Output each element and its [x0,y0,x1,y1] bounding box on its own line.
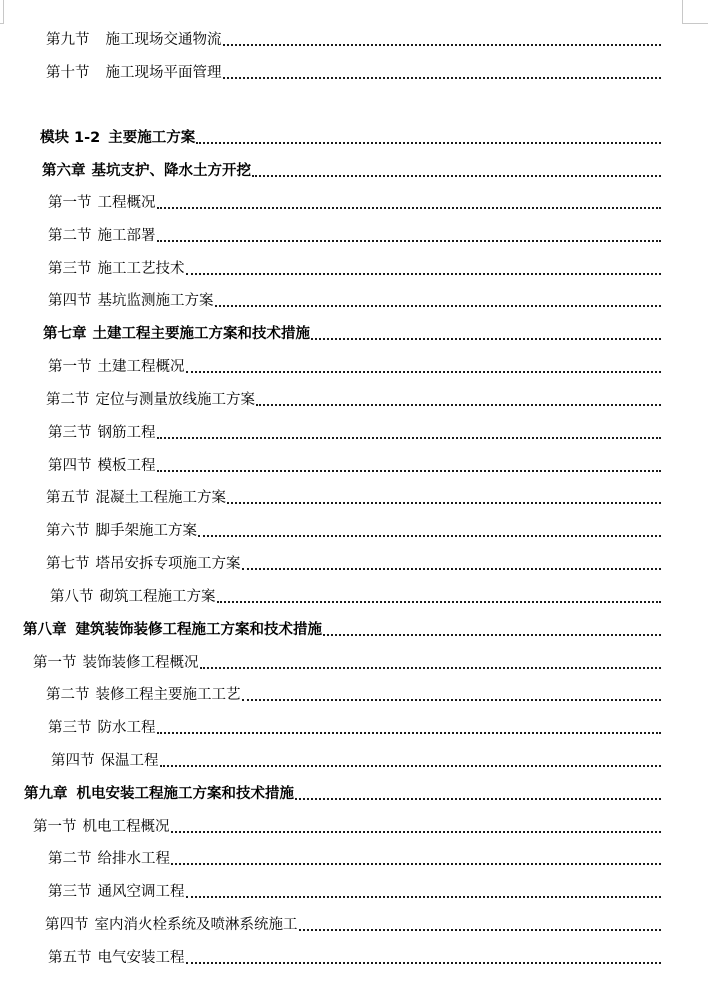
toc-entry-title: 机电工程概况 [83,817,170,837]
toc-entry-title: 定位与测量放线施工方案 [96,390,256,410]
toc-entry-number: 第八章 [23,620,67,640]
toc-entry-chapter[interactable]: 第八章建筑装饰装修工程施工方案和技术措施 [23,620,661,640]
toc-entry-number: 第二节 [48,849,92,869]
toc-entry-title: 电气安装工程 [98,948,185,968]
dot-leader [252,175,661,177]
dot-leader [196,142,661,144]
toc-entry-number: 第三节 [48,423,92,443]
toc-entry-title: 装饰装修工程概况 [83,653,199,673]
toc-entry-title: 基坑支护、降水土方开挖 [92,161,252,181]
toc-entry-number: 第三节 [48,882,92,902]
toc-entry-number: 第七节 [46,554,90,574]
toc-entry-section[interactable]: 第四节室内消火栓系统及喷淋系统施工 [45,915,661,935]
dot-leader [198,535,661,537]
toc-entry-number: 第六章 [42,161,86,181]
toc-entry-title: 基坑监测施工方案 [98,291,214,311]
toc-entry-number: 第一节 [48,357,92,377]
toc-entry-section[interactable]: 第五节电气安装工程 [48,948,661,968]
toc-entry-section[interactable]: 第四节模板工程 [48,456,661,476]
toc-entry-number: 第二节 [46,390,90,410]
dot-leader [223,44,662,46]
dot-leader [157,470,662,472]
toc-entry-section[interactable]: 第三节防水工程 [48,718,661,738]
toc-entry-section[interactable]: 第五节混凝土工程施工方案 [46,488,661,508]
toc-entry-section[interactable]: 第一节装饰装修工程概况 [33,653,661,673]
toc-entry-title: 砌筑工程施工方案 [100,587,216,607]
toc-entry-number: 第六节 [46,521,90,541]
toc-entry-title: 室内消火栓系统及喷淋系统施工 [95,915,298,935]
toc-entry-number: 第五节 [48,948,92,968]
dot-leader [200,667,662,669]
toc-entry-title: 塔吊安拆专项施工方案 [96,554,241,574]
dot-leader [171,831,662,833]
toc-entry-section[interactable]: 第三节施工工艺技术 [48,259,661,279]
toc-entry-number: 第二节 [46,685,90,705]
toc-entry-title: 土建工程概况 [98,357,185,377]
toc-entry-title: 脚手架施工方案 [96,521,198,541]
toc-entry-title: 土建工程主要施工方案和技术措施 [93,324,311,344]
toc-entry-number: 第五节 [46,488,90,508]
toc-entry-number: 第一节 [48,193,92,213]
toc-entry-chapter[interactable]: 第九章机电安装工程施工方案和技术措施 [24,784,661,804]
toc-entry-title: 保温工程 [101,751,159,771]
toc-entry-section[interactable]: 第十节施工现场平面管理 [46,63,661,83]
toc-entry-chapter[interactable]: 第六章基坑支护、降水土方开挖 [42,161,661,181]
toc-entry-title: 施工现场平面管理 [106,63,222,83]
toc-entry-section[interactable]: 第三节钢筋工程 [48,423,661,443]
dot-leader [323,634,661,636]
toc-entry-section[interactable]: 第八节砌筑工程施工方案 [50,587,661,607]
toc-entry-title: 施工工艺技术 [98,259,185,279]
toc-entry-number: 第九节 [46,30,90,50]
dot-leader [311,338,661,340]
dot-leader [157,732,662,734]
toc-entry-number: 第九章 [24,784,68,804]
dot-leader [217,601,662,603]
dot-leader [215,305,662,307]
dot-leader [157,437,662,439]
toc-entry-section[interactable]: 第九节施工现场交通物流 [46,30,661,50]
toc-entry-number: 第三节 [48,718,92,738]
toc-entry-section[interactable]: 第三节通风空调工程 [48,882,661,902]
toc-entry-section[interactable]: 第二节定位与测量放线施工方案 [46,390,661,410]
toc-entry-section[interactable]: 第一节工程概况 [48,193,661,213]
dot-leader [242,568,662,570]
toc-entry-number: 模块 1-2 [40,128,100,148]
toc-entry-section[interactable]: 第二节装修工程主要施工工艺 [46,685,661,705]
dot-leader [242,699,662,701]
toc-entry-title: 钢筋工程 [98,423,156,443]
toc-entry-title: 模板工程 [98,456,156,476]
page-corner-mark-right [682,0,708,24]
toc-entry-number: 第四节 [45,915,89,935]
dot-leader [157,207,662,209]
toc-entry-section[interactable]: 第二节给排水工程 [48,849,661,869]
dot-leader [171,863,661,865]
dot-leader [256,404,661,406]
toc-entry-title: 主要施工方案 [108,128,195,148]
toc-entry-chapter[interactable]: 第七章土建工程主要施工方案和技术措施 [43,324,661,344]
toc-entry-title: 给排水工程 [98,849,171,869]
dot-leader [227,502,661,504]
toc-entry-section[interactable]: 第一节土建工程概况 [48,357,661,377]
dot-leader [186,273,662,275]
toc-entry-section[interactable]: 第一节机电工程概况 [33,817,661,837]
dot-leader [299,929,662,931]
dot-leader [223,77,662,79]
page-corner-mark-left [0,0,4,24]
dot-leader [186,962,662,964]
toc-entry-title: 施工现场交通物流 [106,30,222,50]
toc-entry-title: 防水工程 [98,718,156,738]
toc-entry-number: 第三节 [48,259,92,279]
toc-entry-section[interactable]: 第四节保温工程 [51,751,661,771]
toc-entry-number: 第八节 [50,587,94,607]
toc-entry-section[interactable]: 第六节脚手架施工方案 [46,521,661,541]
toc-entry-title: 混凝土工程施工方案 [96,488,227,508]
dot-leader [295,798,661,800]
toc-entry-number: 第二节 [48,226,92,246]
toc-entry-title: 建筑装饰装修工程施工方案和技术措施 [76,620,323,640]
dot-leader [160,765,662,767]
toc-entry-number: 第四节 [48,456,92,476]
dot-leader [186,371,662,373]
toc-entry-title: 工程概况 [98,193,156,213]
toc-entry-title: 机电安装工程施工方案和技术措施 [77,784,295,804]
toc-entry-number: 第七章 [43,324,87,344]
toc-entry-number: 第十节 [46,63,90,83]
toc-entry-number: 第一节 [33,653,77,673]
toc-entry-title: 施工部署 [98,226,156,246]
toc-entry-module[interactable]: 模块 1-2主要施工方案 [40,128,661,148]
dot-leader [186,896,662,898]
toc-entry-number: 第四节 [48,291,92,311]
dot-leader [157,240,662,242]
toc-entry-title: 通风空调工程 [98,882,185,902]
toc-entry-section[interactable]: 第二节施工部署 [48,226,661,246]
toc-entry-number: 第一节 [33,817,77,837]
toc-entry-title: 装修工程主要施工工艺 [96,685,241,705]
toc-entry-number: 第四节 [51,751,95,771]
toc-entry-section[interactable]: 第四节基坑监测施工方案 [48,291,661,311]
toc-entry-section[interactable]: 第七节塔吊安拆专项施工方案 [46,554,661,574]
